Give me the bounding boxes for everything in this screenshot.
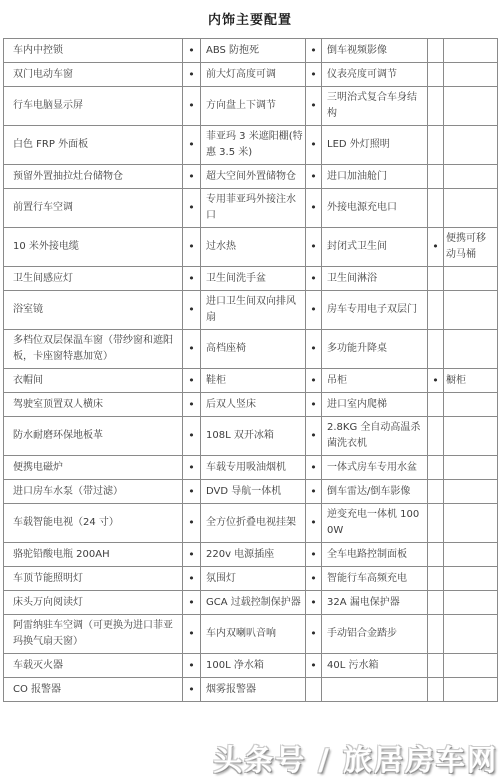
config-item-cell: 108L 双开冰箱 (201, 417, 306, 456)
config-item-cell: 白色 FRP 外面板 (4, 126, 183, 165)
config-item-cell (444, 678, 498, 702)
config-item-cell: 预留外置抽拉灶台储物仓 (4, 165, 183, 189)
bullet-cell: • (183, 267, 201, 291)
bullet-cell: • (306, 267, 322, 291)
config-item-cell: 菲亚玛 3 米遮阳棚(特惠 3.5 米) (201, 126, 306, 165)
bullet-cell: • (183, 543, 201, 567)
config-item-cell: 三明治式复合车身结构 (322, 87, 428, 126)
table-row: 便携电磁炉•车载专用吸油烟机•一体式房车专用水盆 (4, 456, 498, 480)
config-item-cell: 吊柜 (322, 369, 428, 393)
page-title: 内饰主要配置 (0, 0, 500, 28)
table-row: 车载灭火器•100L 净水箱•40L 污水箱 (4, 654, 498, 678)
config-item-cell (444, 39, 498, 63)
bullet-cell: • (183, 393, 201, 417)
config-item-cell: 车载智能电视（24 寸） (4, 504, 183, 543)
table-row: 10 米外接电缆•过水热•封闭式卫生间•便携可移动马桶 (4, 228, 498, 267)
bullet-cell (428, 126, 444, 165)
config-item-cell: 全车电路控制面板 (322, 543, 428, 567)
bullet-cell: • (306, 369, 322, 393)
bullet-cell: • (183, 480, 201, 504)
config-item-cell: 逆变充电一体机 1000W (322, 504, 428, 543)
bullet-cell (428, 63, 444, 87)
table-row: 行车电脑显示屏•方向盘上下调节•三明治式复合车身结构 (4, 87, 498, 126)
bullet-cell: • (306, 654, 322, 678)
bullet-cell: • (306, 189, 322, 228)
config-item-cell: ABS 防抱死 (201, 39, 306, 63)
bullet-cell: • (306, 543, 322, 567)
config-item-cell (444, 267, 498, 291)
config-item-cell: 一体式房车专用水盆 (322, 456, 428, 480)
config-item-cell: 防水耐磨环保地板革 (4, 417, 183, 456)
config-item-cell: 车顶节能照明灯 (4, 567, 183, 591)
config-item-cell (444, 87, 498, 126)
bullet-cell (428, 504, 444, 543)
bullet-cell: • (183, 87, 201, 126)
bullet-cell: • (306, 228, 322, 267)
config-item-cell: 鞋柜 (201, 369, 306, 393)
bullet-cell (428, 417, 444, 456)
config-item-cell: 超大空间外置储物仓 (201, 165, 306, 189)
table-row: 衣帽间•鞋柜•吊柜•橱柜 (4, 369, 498, 393)
config-item-cell: 专用菲亚玛外接注水口 (201, 189, 306, 228)
config-item-cell: 倒车视频影像 (322, 39, 428, 63)
config-item-cell: 双门电动车窗 (4, 63, 183, 87)
watermark: 头条号 / 旅居房车网 (213, 738, 498, 779)
config-item-cell: 烟雾报警器 (201, 678, 306, 702)
config-item-cell: 2.8KG 全自动高温杀菌洗衣机 (322, 417, 428, 456)
table-row: 车顶节能照明灯•氛围灯•智能行车高频充电 (4, 567, 498, 591)
table-row: 进口房车水泵（带过滤）•DVD 导航一体机•倒车雷达/倒车影像 (4, 480, 498, 504)
bullet-cell: • (306, 567, 322, 591)
table-row: 床头万向阅读灯•GCA 过载控制保护器•32A 漏电保护器 (4, 591, 498, 615)
bullet-cell: • (306, 417, 322, 456)
config-item-cell (444, 417, 498, 456)
bullet-cell: • (306, 480, 322, 504)
bullet-cell: • (306, 87, 322, 126)
config-item-cell: 车内中控锁 (4, 39, 183, 63)
config-item-cell: 进口卫生间双向排风扇 (201, 291, 306, 330)
table-row: 车内中控锁•ABS 防抱死•倒车视频影像 (4, 39, 498, 63)
config-item-cell (444, 504, 498, 543)
bullet-cell (428, 543, 444, 567)
bullet-cell: • (183, 189, 201, 228)
config-item-cell (444, 480, 498, 504)
config-item-cell: 衣帽间 (4, 369, 183, 393)
config-item-cell: 高档座椅 (201, 330, 306, 369)
bullet-cell (428, 678, 444, 702)
bullet-cell: • (183, 417, 201, 456)
config-item-cell: 行车电脑显示屏 (4, 87, 183, 126)
config-item-cell: 40L 污水箱 (322, 654, 428, 678)
config-item-cell: 过水热 (201, 228, 306, 267)
bullet-cell (428, 654, 444, 678)
bullet-cell: • (428, 228, 444, 267)
bullet-cell (428, 330, 444, 369)
bullet-cell (428, 87, 444, 126)
bullet-cell: • (306, 330, 322, 369)
bullet-cell: • (183, 228, 201, 267)
config-item-cell: 手动铝合金踏步 (322, 615, 428, 654)
bullet-cell (428, 615, 444, 654)
bullet-cell: • (183, 654, 201, 678)
bullet-cell: • (183, 39, 201, 63)
bullet-cell: • (428, 369, 444, 393)
bullet-cell (428, 39, 444, 63)
config-item-cell: 32A 漏电保护器 (322, 591, 428, 615)
table-row: 多档位双层保温车窗（带纱窗和遮阳板，卡座窗特惠加宽）•高档座椅•多功能升降桌 (4, 330, 498, 369)
bullet-cell: • (306, 165, 322, 189)
config-item-cell: LED 外灯照明 (322, 126, 428, 165)
table-row: 前置行车空调•专用菲亚玛外接注水口•外接电源充电口 (4, 189, 498, 228)
config-item-cell: CO 报警器 (4, 678, 183, 702)
config-item-cell: 方向盘上下调节 (201, 87, 306, 126)
bullet-cell: • (306, 615, 322, 654)
config-item-cell: 驾驶室顶置双人横床 (4, 393, 183, 417)
config-item-cell: 便携可移动马桶 (444, 228, 498, 267)
config-table: 车内中控锁•ABS 防抱死•倒车视频影像双门电动车窗•前大灯高度可调•仪表亮度可… (3, 38, 498, 702)
bullet-cell (428, 456, 444, 480)
bullet-cell (428, 591, 444, 615)
config-item-cell: 卫生间洗手盆 (201, 267, 306, 291)
config-item-cell (444, 126, 498, 165)
table-row: 阿雷纳驻车空调（可更换为进口菲亚玛换气扇天窗）•车内双喇叭音响•手动铝合金踏步 (4, 615, 498, 654)
bullet-cell: • (183, 504, 201, 543)
config-item-cell: 氛围灯 (201, 567, 306, 591)
config-item-cell: DVD 导航一体机 (201, 480, 306, 504)
config-item-cell (444, 567, 498, 591)
bullet-cell (428, 480, 444, 504)
config-item-cell: 前置行车空调 (4, 189, 183, 228)
config-item-cell: 220v 电源插座 (201, 543, 306, 567)
config-item-cell: 外接电源充电口 (322, 189, 428, 228)
config-item-cell: 全方位折叠电视挂架 (201, 504, 306, 543)
bullet-cell: • (306, 456, 322, 480)
config-item-cell: 卫生间淋浴 (322, 267, 428, 291)
bullet-cell: • (183, 678, 201, 702)
bullet-cell: • (183, 126, 201, 165)
table-row: 双门电动车窗•前大灯高度可调•仪表亮度可调节 (4, 63, 498, 87)
table-row: 骆驼铅酸电瓶 200AH•220v 电源插座•全车电路控制面板 (4, 543, 498, 567)
bullet-cell (428, 267, 444, 291)
bullet-cell: • (306, 63, 322, 87)
config-item-cell (322, 678, 428, 702)
config-item-cell: 车载灭火器 (4, 654, 183, 678)
config-item-cell: 便携电磁炉 (4, 456, 183, 480)
config-item-cell (444, 189, 498, 228)
config-item-cell (444, 591, 498, 615)
config-item-cell: 10 米外接电缆 (4, 228, 183, 267)
config-item-cell (444, 393, 498, 417)
bullet-cell (428, 393, 444, 417)
config-item-cell (444, 291, 498, 330)
bullet-cell (428, 165, 444, 189)
table-row: 白色 FRP 外面板•菲亚玛 3 米遮阳棚(特惠 3.5 米)•LED 外灯照明 (4, 126, 498, 165)
config-item-cell: 倒车雷达/倒车影像 (322, 480, 428, 504)
config-item-cell: 后双人竖床 (201, 393, 306, 417)
config-item-cell: 前大灯高度可调 (201, 63, 306, 87)
config-item-cell: 橱柜 (444, 369, 498, 393)
bullet-cell: • (183, 567, 201, 591)
bullet-cell: • (306, 39, 322, 63)
bullet-cell: • (183, 591, 201, 615)
config-item-cell: 进口室内爬梯 (322, 393, 428, 417)
config-item-cell (444, 615, 498, 654)
bullet-cell: • (306, 393, 322, 417)
table-row: 车载智能电视（24 寸）•全方位折叠电视挂架•逆变充电一体机 1000W (4, 504, 498, 543)
bullet-cell: • (306, 504, 322, 543)
bullet-cell: • (306, 591, 322, 615)
table-row: 驾驶室顶置双人横床•后双人竖床•进口室内爬梯 (4, 393, 498, 417)
bullet-cell: • (183, 291, 201, 330)
config-item-cell (444, 456, 498, 480)
bullet-cell (428, 291, 444, 330)
bullet-cell (428, 189, 444, 228)
table-row: 预留外置抽拉灶台储物仓•超大空间外置储物仓•进口加油舱门 (4, 165, 498, 189)
config-item-cell (444, 330, 498, 369)
config-item-cell: 多功能升降桌 (322, 330, 428, 369)
config-item-cell: 封闭式卫生间 (322, 228, 428, 267)
config-item-cell (444, 654, 498, 678)
config-item-cell: 多档位双层保温车窗（带纱窗和遮阳板，卡座窗特惠加宽） (4, 330, 183, 369)
config-item-cell: GCA 过载控制保护器 (201, 591, 306, 615)
bullet-cell: • (183, 330, 201, 369)
config-item-cell: 车内双喇叭音响 (201, 615, 306, 654)
bullet-cell: • (306, 291, 322, 330)
bullet-cell: • (306, 126, 322, 165)
table-row: 防水耐磨环保地板革•108L 双开冰箱•2.8KG 全自动高温杀菌洗衣机 (4, 417, 498, 456)
bullet-cell: • (183, 165, 201, 189)
config-item-cell: 床头万向阅读灯 (4, 591, 183, 615)
config-item-cell: 卫生间感应灯 (4, 267, 183, 291)
table-row: 卫生间感应灯•卫生间洗手盆•卫生间淋浴 (4, 267, 498, 291)
config-item-cell: 房车专用电子双层门 (322, 291, 428, 330)
config-item-cell (444, 165, 498, 189)
bullet-cell: • (183, 63, 201, 87)
config-item-cell: 智能行车高频充电 (322, 567, 428, 591)
config-item-cell: 100L 净水箱 (201, 654, 306, 678)
bullet-cell (428, 567, 444, 591)
config-item-cell: 车载专用吸油烟机 (201, 456, 306, 480)
config-table-body: 车内中控锁•ABS 防抱死•倒车视频影像双门电动车窗•前大灯高度可调•仪表亮度可… (4, 39, 498, 702)
bullet-cell: • (183, 456, 201, 480)
bullet-cell: • (183, 369, 201, 393)
config-item-cell: 进口加油舱门 (322, 165, 428, 189)
bullet-cell: • (183, 615, 201, 654)
config-sheet: 内饰主要配置 车内中控锁•ABS 防抱死•倒车视频影像双门电动车窗•前大灯高度可… (0, 0, 500, 702)
config-item-cell: 阿雷纳驻车空调（可更换为进口菲亚玛换气扇天窗） (4, 615, 183, 654)
config-item-cell: 浴室镜 (4, 291, 183, 330)
config-item-cell: 进口房车水泵（带过滤） (4, 480, 183, 504)
config-item-cell: 仪表亮度可调节 (322, 63, 428, 87)
table-row: 浴室镜•进口卫生间双向排风扇•房车专用电子双层门 (4, 291, 498, 330)
bullet-cell (306, 678, 322, 702)
table-row: CO 报警器•烟雾报警器 (4, 678, 498, 702)
config-item-cell (444, 543, 498, 567)
config-item-cell (444, 63, 498, 87)
config-item-cell: 骆驼铅酸电瓶 200AH (4, 543, 183, 567)
